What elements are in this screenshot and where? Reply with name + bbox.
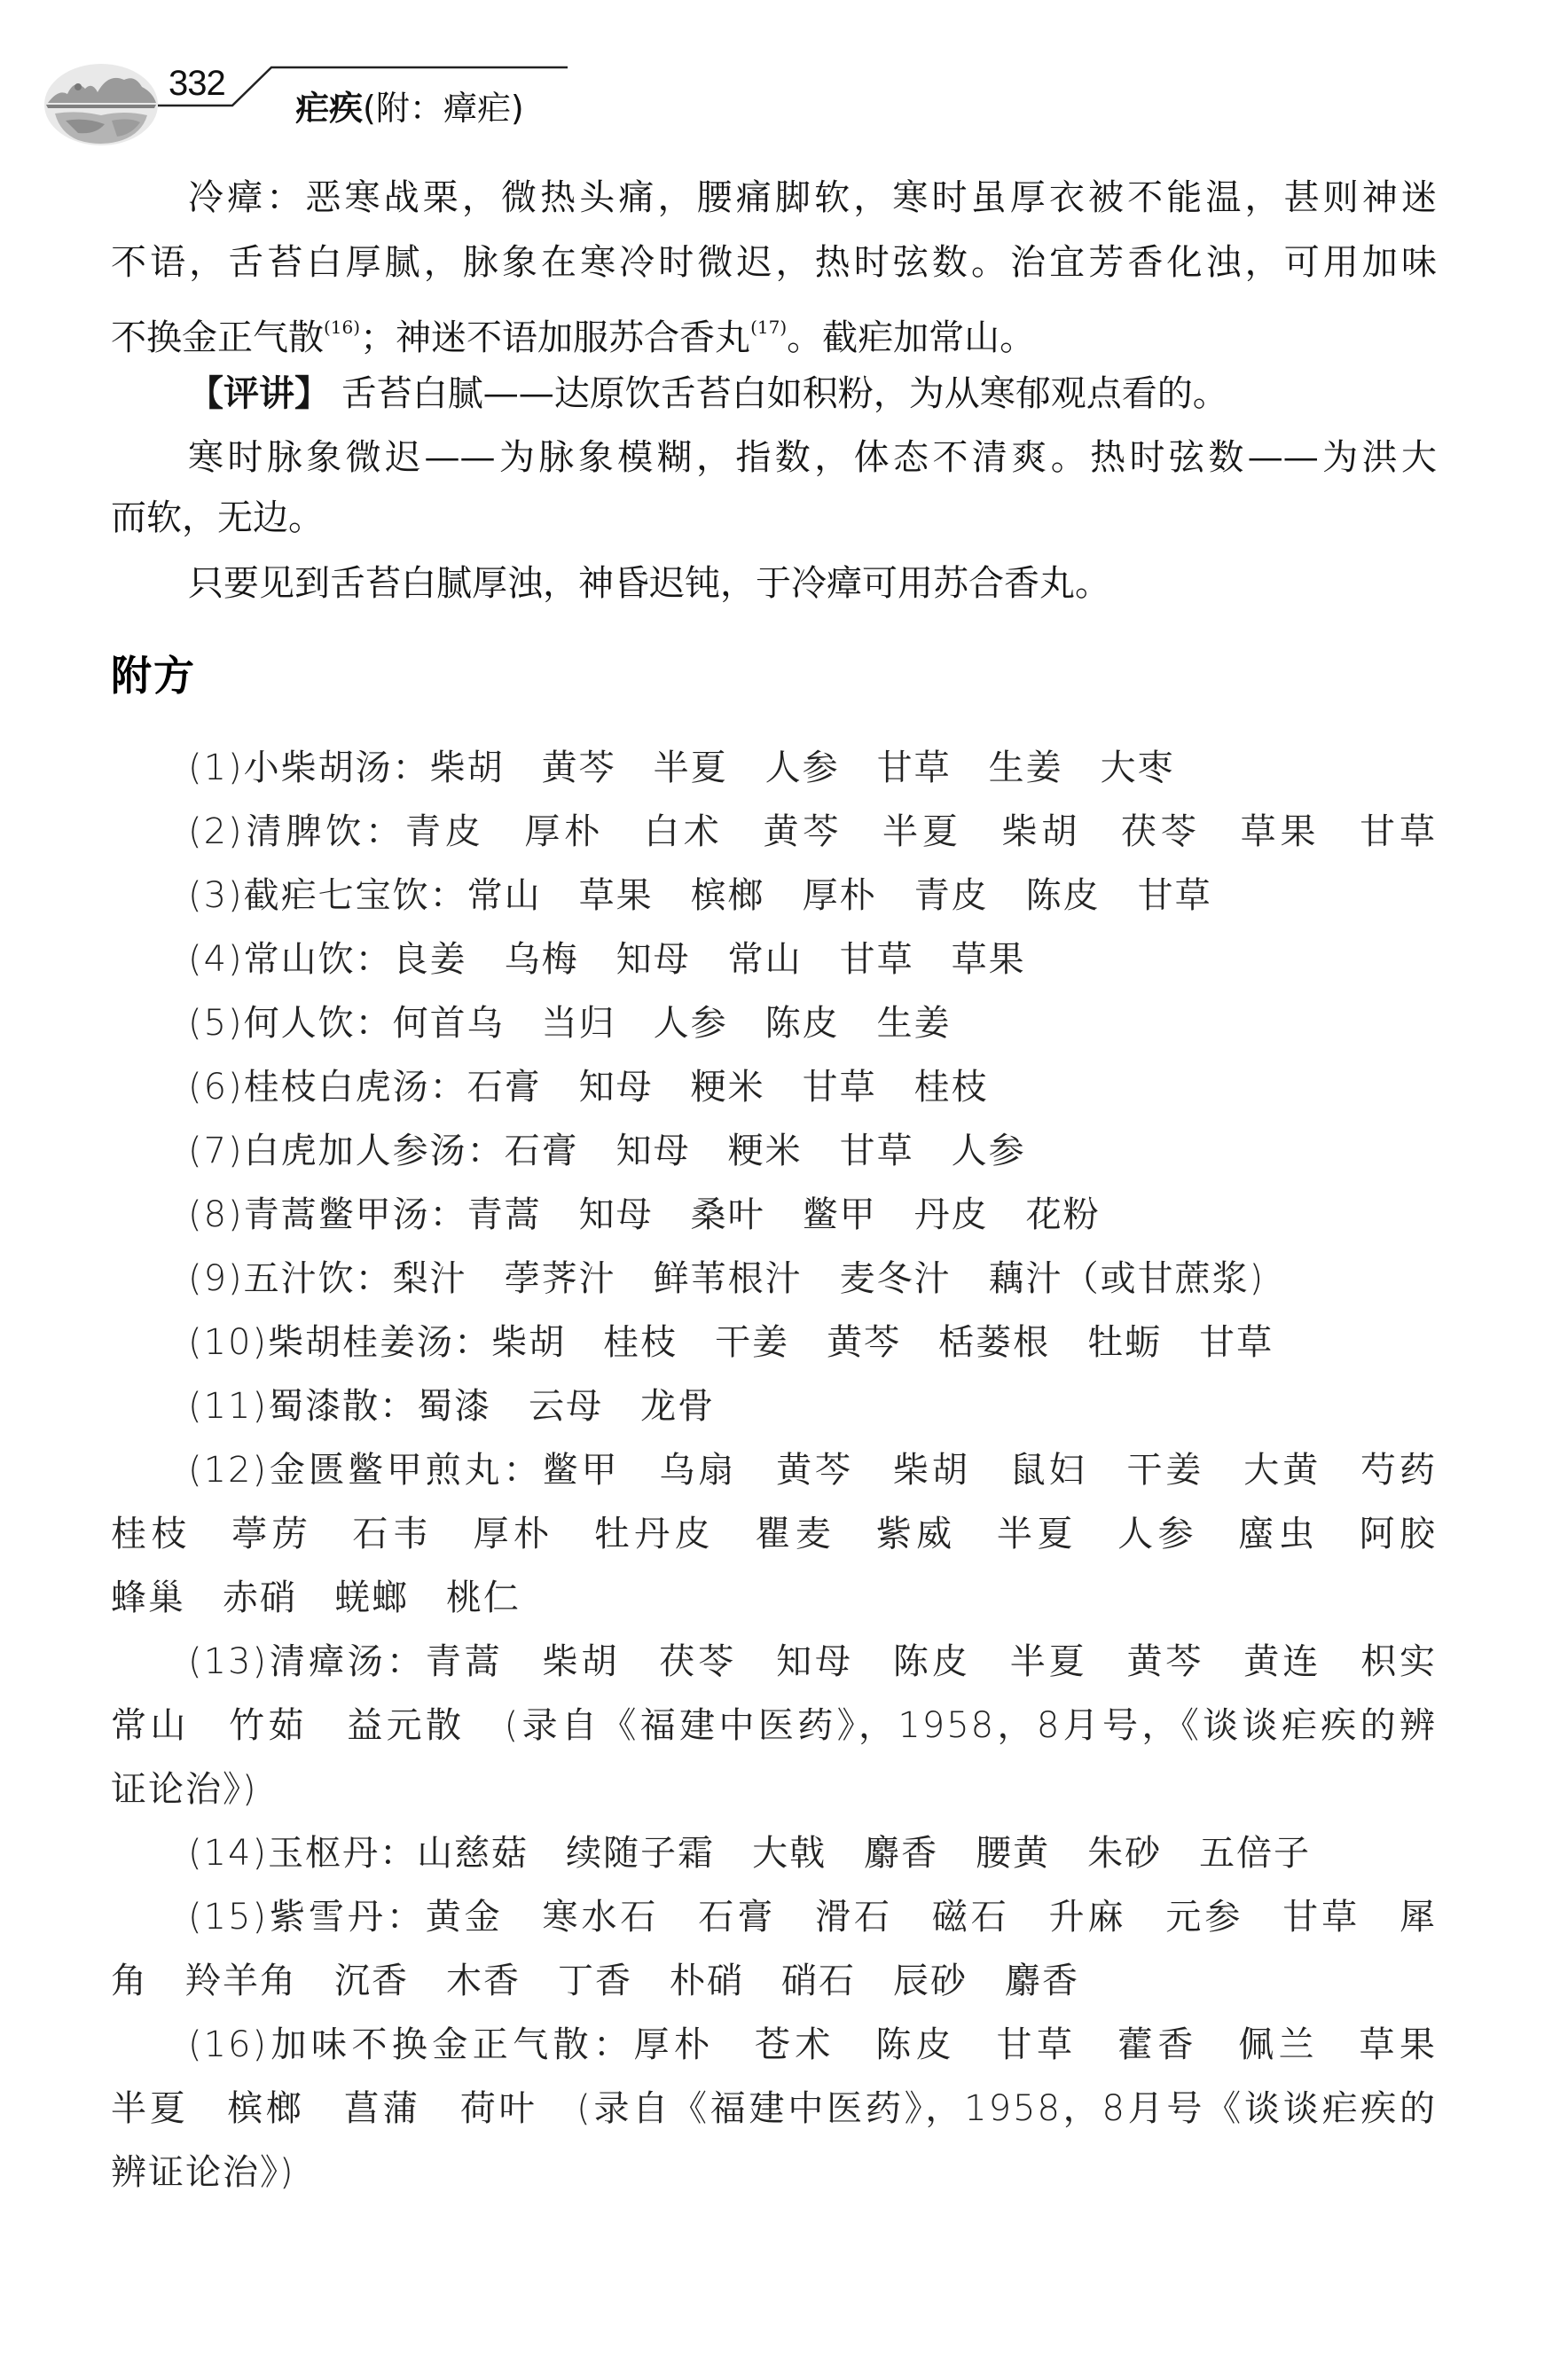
formula-line: 常山 竹茹 益元散 (录自《福建中医药》，1958，8月号，《谈谈疟疾的辨: [111, 1703, 1437, 1748]
paragraph-line: 不换金正气散(16)；神迷不语加服苏合香丸(17)。截疟加常山。: [111, 305, 1035, 349]
formula-line: 蜂巢 赤硝 蜣螂 桃仁: [111, 1576, 521, 1620]
formula-line: (9)五汁饮：梨汁 荸荠汁 鲜苇根汁 麦冬汁 藕汁（或甘蔗浆): [188, 1257, 1265, 1301]
formula-line: (5)何人饮：何首乌 当归 人参 陈皮 生姜: [188, 1001, 952, 1045]
text-run: 舌苔白腻——达原饮舌苔白如积粉，为从寒郁观点看的。: [330, 373, 1228, 414]
commentary-line: 【评讲】 舌苔白腻——达原饮舌苔白如积粉，为从寒郁观点看的。: [188, 372, 1228, 416]
formula-line: (12)金匮鳖甲煎丸：鳖甲 乌扇 黄芩 柴胡 鼠妇 干姜 大黄 芍药: [188, 1448, 1437, 1492]
running-title-sub: (附：瘴疟): [363, 89, 524, 128]
running-title: 疟疾(附：瘴疟): [295, 89, 524, 128]
footnote-ref: (16): [324, 317, 360, 338]
footnote-ref: (17): [750, 317, 787, 338]
formula-line: 辨证论治》): [111, 2150, 295, 2195]
formula-line: (13)清瘴汤：青蒿 柴胡 茯苓 知母 陈皮 半夏 黄芩 黄连 枳实: [188, 1640, 1437, 1684]
paragraph-line: 冷瘴：恶寒战栗，微热头痛，腰痛脚软，寒时虽厚衣被不能温，甚则神迷: [188, 176, 1437, 220]
formula-line: 桂枝 葶苈 石韦 厚朴 牡丹皮 瞿麦 紫威 半夏 人参 䗪虫 阿胶: [111, 1512, 1437, 1556]
text-run: 不换金正气散: [111, 317, 324, 358]
text-run: ；神迷不语加服苏合香丸: [360, 317, 750, 358]
formula-line: (2)清脾饮：青皮 厚朴 白术 黄芩 半夏 柴胡 茯苓 草果 甘草: [188, 810, 1437, 854]
page-number: 332: [169, 66, 225, 101]
running-title-main: 疟疾: [295, 89, 363, 128]
formula-line: (11)蜀漆散：蜀漆 云母 龙骨: [188, 1384, 715, 1429]
commentary-label: 【评讲】: [188, 372, 330, 414]
formula-line: 证论治》): [111, 1767, 258, 1812]
commentary-line: 寒时脉象微迟——为脉象模糊，指数，体态不清爽。热时弦数——为洪大: [188, 435, 1437, 480]
formula-line: (1)小柴胡汤：柴胡 黄芩 半夏 人参 甘草 生姜 大枣: [188, 746, 1175, 790]
text-run: 。截疟加常山。: [787, 317, 1035, 358]
header-rule: [0, 0, 1568, 177]
formula-line: (7)白虎加人参汤：石膏 知母 粳米 甘草 人参: [188, 1129, 1026, 1173]
formula-line: (8)青蒿鳖甲汤：青蒿 知母 桑叶 鳖甲 丹皮 花粉: [188, 1193, 1101, 1237]
commentary-line: 而软，无边。: [111, 496, 324, 540]
formula-line: (4)常山饮：良姜 乌梅 知母 常山 甘草 草果: [188, 937, 1026, 982]
formula-line: (10)柴胡桂姜汤：柴胡 桂枝 干姜 黄芩 栝蒌根 牡蛎 甘草: [188, 1320, 1274, 1365]
formula-line: 角 羚羊角 沉香 木香 丁香 朴硝 硝石 辰砂 麝香: [111, 1959, 1079, 2003]
section-heading: 附方: [111, 653, 196, 699]
formula-line: (15)紫雪丹：黄金 寒水石 石膏 滑石 磁石 升麻 元参 甘草 犀: [188, 1895, 1437, 1939]
formula-line: 半夏 槟榔 菖蒲 荷叶 (录自《福建中医药》，1958，8月号《谈谈疟疾的: [111, 2086, 1437, 2131]
formula-line: (14)玉枢丹：山慈菇 续随子霜 大戟 麝香 腰黄 朱砂 五倍子: [188, 1831, 1311, 1875]
book-page: 332 疟疾(附：瘴疟) 冷瘴：恶寒战栗，微热头痛，腰痛脚软，寒时虽厚衣被不能温…: [0, 0, 1568, 2380]
commentary-line: 只要见到舌苔白腻厚浊，神昏迟钝，于冷瘴可用苏合香丸。: [188, 561, 1110, 606]
formula-line: (6)桂枝白虎汤：石膏 知母 粳米 甘草 桂枝: [188, 1065, 989, 1109]
paragraph-line: 不语，舌苔白厚腻，脉象在寒冷时微迟，热时弦数。治宜芳香化浊，可用加味: [111, 240, 1437, 285]
formula-line: (16)加味不换金正气散：厚朴 苍术 陈皮 甘草 藿香 佩兰 草果: [188, 2023, 1437, 2067]
landscape-vignette-icon: [43, 62, 160, 147]
formula-line: (3)截疟七宝饮：常山 草果 槟榔 厚朴 青皮 陈皮 甘草: [188, 873, 1212, 918]
